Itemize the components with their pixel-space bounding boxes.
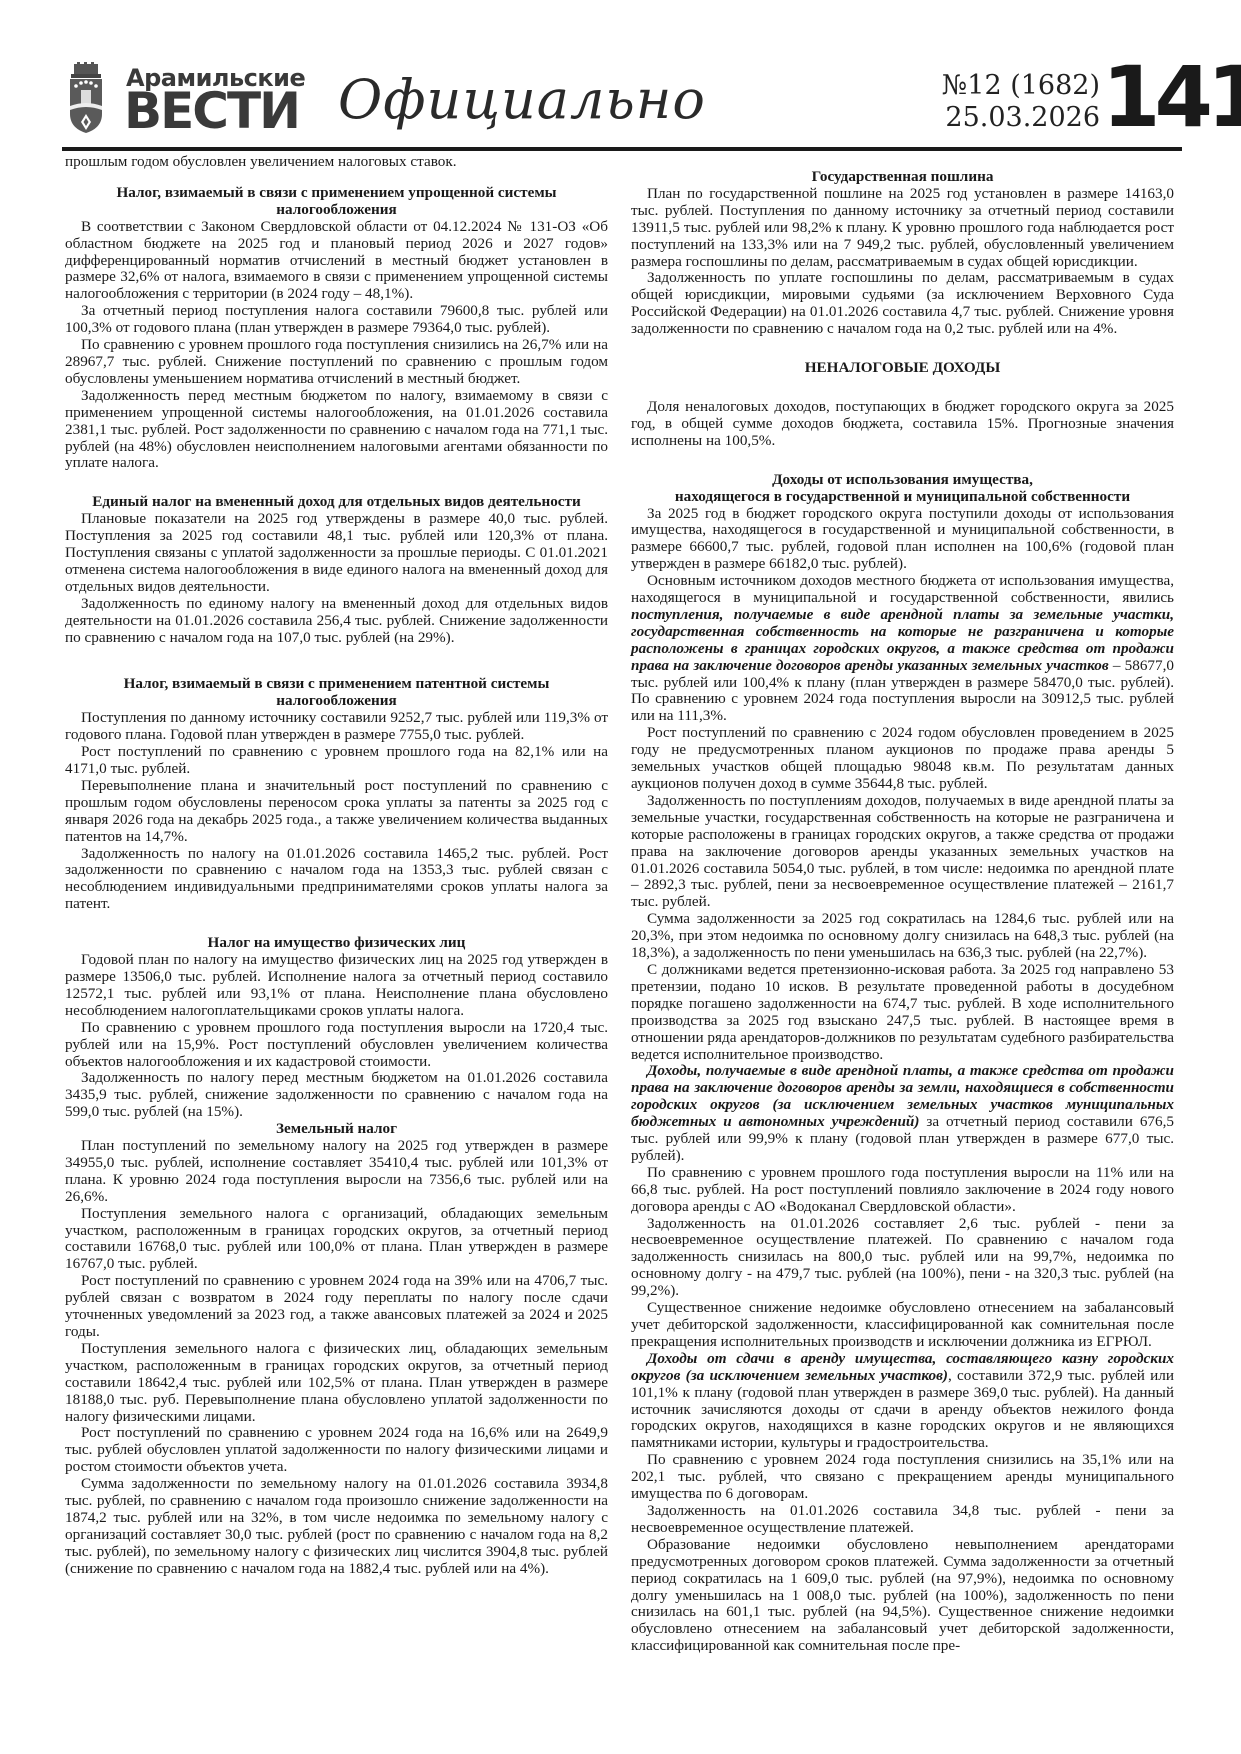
heading-envd: Единый налог на вмененный доход для отде…: [65, 494, 608, 511]
paragraph: Задолженность по налогу перед местным бю…: [65, 1070, 608, 1121]
paragraph: Задолженность по единому налогу на вмене…: [65, 596, 608, 647]
city-crest-icon: [68, 62, 104, 134]
paragraph: Задолженность по налогу на 01.01.2026 со…: [65, 846, 608, 914]
paragraph: За отчетный период поступления налога со…: [65, 303, 608, 337]
issue-date: 25.03.2026: [870, 102, 1100, 134]
paragraph: Задолженность перед местным бюджетом по …: [65, 388, 608, 473]
paragraph: В соответствии с Законом Свердловской об…: [65, 219, 608, 304]
header-divider: [62, 147, 1182, 151]
paragraph: По сравнению с уровнем прошлого года пос…: [631, 1165, 1174, 1216]
heading-property-income: Доходы от использования имущества, наход…: [631, 472, 1174, 506]
carryover-text: прошлым годом обусловлен увеличением нал…: [65, 154, 608, 171]
paragraph: С должниками ведется претензионно-искова…: [631, 962, 1174, 1063]
paragraph: Задолженность по уплате госпошлины по де…: [631, 270, 1174, 338]
heading-land-tax: Земельный налог: [65, 1121, 608, 1138]
paragraph: Образование недоимки обусловлено невыпол…: [631, 1537, 1174, 1655]
paragraph: По сравнению с уровнем 2024 года поступл…: [631, 1452, 1174, 1503]
paragraph: Сумма задолженности за 2025 год сократил…: [631, 911, 1174, 962]
left-column: прошлым годом обусловлен увеличением нал…: [65, 154, 608, 1578]
heading-usn: Налог, взимаемый в связи с применением у…: [65, 185, 608, 219]
page-number: 141: [1102, 52, 1241, 142]
paragraph: Поступления по данному источнику состави…: [65, 710, 608, 744]
paragraph: Доля неналоговых доходов, поступающих в …: [631, 399, 1174, 450]
paragraph: Задолженность на 01.01.2026 составила 34…: [631, 1503, 1174, 1537]
paragraph: Задолженность на 01.01.2026 составляет 2…: [631, 1216, 1174, 1301]
paragraph: Существенное снижение недоимке обусловле…: [631, 1300, 1174, 1351]
paragraph: Рост поступлений по сравнению с уровнем …: [65, 744, 608, 778]
paragraph: Годовой план по налогу на имущество физи…: [65, 952, 608, 1020]
paragraph: План поступлений по земельному налогу на…: [65, 1138, 608, 1206]
paragraph: Сумма задолженности по земельному налогу…: [65, 1476, 608, 1577]
paragraph: За 2025 год в бюджет городского округа п…: [631, 506, 1174, 574]
paragraph: Доходы, получаемые в виде арендной платы…: [631, 1063, 1174, 1164]
brand-name-main: ВЕСТИ: [124, 86, 299, 136]
issue-info: №12 (1682) 25.03.2026: [870, 70, 1100, 134]
section-title: Официально: [338, 68, 706, 131]
paragraph: Поступления земельного налога с организа…: [65, 1206, 608, 1274]
issue-number: №12 (1682): [870, 70, 1100, 102]
emphasis-text: поступления, получаемые в виде арендной …: [631, 606, 1174, 674]
paragraph: По сравнению с уровнем прошлого года пос…: [65, 337, 608, 388]
paragraph: Плановые показатели на 2025 год утвержде…: [65, 511, 608, 596]
masthead: Арамильские ВЕСТИ Официально №12 (1682) …: [62, 58, 1182, 144]
paragraph: Задолженность по поступлениям доходов, п…: [631, 793, 1174, 911]
heading-property-tax: Налог на имущество физических лиц: [65, 935, 608, 952]
right-column: Государственная пошлина План по государс…: [631, 169, 1174, 1655]
paragraph: Доходы от сдачи в аренду имущества, сост…: [631, 1351, 1174, 1452]
paragraph: Поступления земельного налога с физическ…: [65, 1341, 608, 1426]
paragraph: Основным источником доходов местного бюд…: [631, 573, 1174, 725]
paragraph: По сравнению с уровнем прошлого года пос…: [65, 1020, 608, 1071]
paragraph: Рост поступлений по сравнению с уровнем …: [65, 1273, 608, 1341]
paragraph: План по государственной пошлине на 2025 …: [631, 186, 1174, 271]
heading-line: Доходы от использования имущества,: [772, 471, 1033, 488]
heading-state-duty: Государственная пошлина: [631, 169, 1174, 186]
paragraph: Рост поступлений по сравнению с 2024 год…: [631, 725, 1174, 793]
paragraph: Перевыполнение плана и значительный рост…: [65, 778, 608, 846]
text-run: Основным источником доходов местного бюд…: [631, 572, 1174, 606]
heading-patent: Налог, взимаемый в связи с применением п…: [65, 676, 608, 710]
heading-line: находящегося в государственной и муницип…: [675, 488, 1130, 505]
heading-nontax-income: НЕНАЛОГОВЫЕ ДОХОДЫ: [631, 360, 1174, 377]
paragraph: Рост поступлений по сравнению с уровнем …: [65, 1425, 608, 1476]
